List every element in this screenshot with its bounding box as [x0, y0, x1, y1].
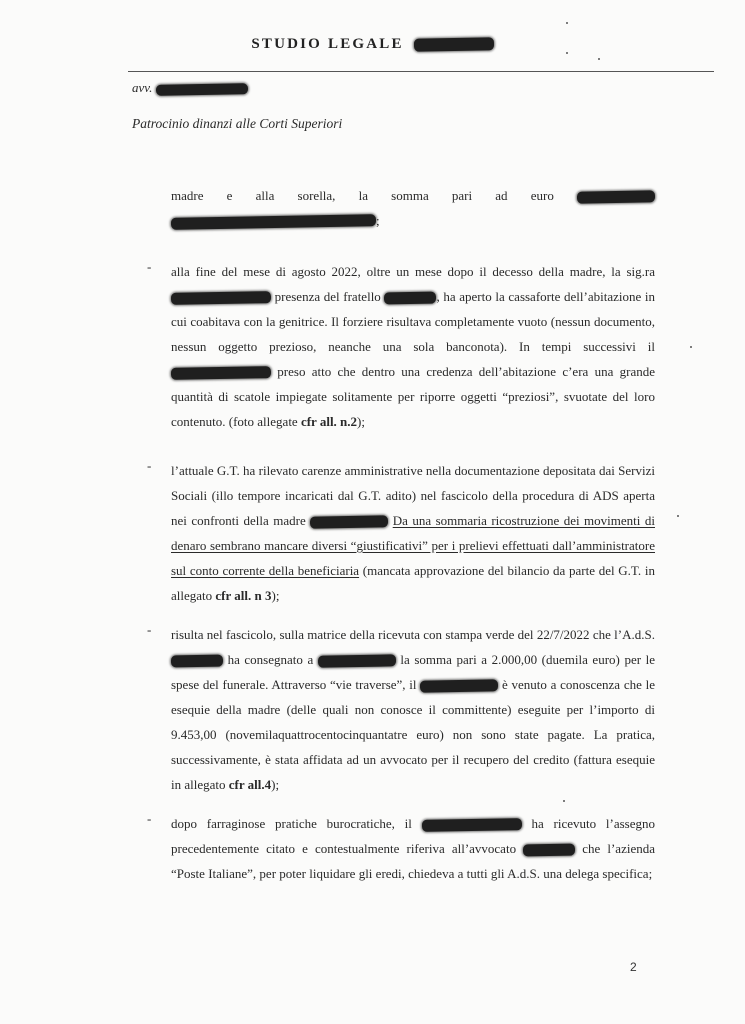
redacted-text	[384, 292, 436, 305]
redacted-text	[523, 844, 575, 857]
attachment-reference: cfr all. n.2	[301, 414, 357, 429]
redacted-lawyer-name	[155, 83, 247, 96]
paragraph: risulta nel fascicolo, sulla matrice del…	[171, 622, 655, 797]
text-segment: );	[357, 414, 365, 429]
scan-speck	[598, 58, 600, 60]
text-segment: ;	[376, 213, 380, 228]
redacted-text	[171, 366, 271, 380]
redacted-text	[171, 655, 223, 668]
redacted-firm-name	[414, 37, 494, 51]
attachment-reference: cfr all.4	[229, 777, 271, 792]
lawyer-prefix: avv.	[132, 80, 152, 95]
text-segment: madre e alla sorella, la somma pari ad e…	[171, 188, 577, 203]
bullet-dash: -	[147, 811, 151, 827]
paragraph: alla fine del mese di agosto 2022, oltre…	[171, 259, 655, 434]
paragraph: madre e alla sorella, la somma pari ad e…	[171, 183, 655, 233]
text-segment: );	[271, 777, 279, 792]
subtitle: Patrocinio dinanzi alle Corti Superiori	[132, 116, 342, 132]
redacted-text	[422, 818, 522, 832]
paragraph: dopo farraginose pratiche burocratiche, …	[171, 811, 655, 886]
redacted-text	[577, 190, 655, 203]
text-segment: presenza del fratello	[271, 289, 384, 304]
scan-speck	[563, 800, 565, 802]
bullet-dash: -	[147, 622, 151, 638]
header-divider	[128, 71, 714, 72]
redacted-text	[318, 654, 396, 667]
text-segment: );	[272, 588, 280, 603]
scan-speck	[566, 22, 568, 24]
text-segment: dopo farraginose pratiche burocratiche, …	[171, 816, 422, 831]
attachment-reference: cfr all. n 3	[215, 588, 271, 603]
firm-label: STUDIO LEGALE	[251, 36, 403, 52]
redacted-text	[420, 679, 498, 692]
text-segment: ha consegnato a	[223, 652, 318, 667]
text-segment: è venuto a conoscenza che le esequie del…	[171, 677, 655, 792]
scan-speck	[677, 515, 679, 517]
text-segment: risulta nel fascicolo, sulla matrice del…	[171, 627, 655, 642]
lawyer-name-line: avv.	[132, 80, 248, 96]
paragraph: l’attuale G.T. ha rilevato carenze ammin…	[171, 458, 655, 608]
page-number: 2	[630, 960, 637, 974]
scan-speck	[566, 52, 568, 54]
bullet-dash: -	[147, 259, 151, 275]
firm-header: STUDIO LEGALE	[0, 36, 745, 53]
scan-speck	[690, 346, 692, 348]
bullet-dash: -	[147, 458, 151, 474]
text-segment: alla fine del mese di agosto 2022, oltre…	[171, 264, 655, 279]
redacted-text	[171, 214, 376, 230]
redacted-text	[171, 291, 271, 305]
redacted-text	[310, 515, 388, 528]
